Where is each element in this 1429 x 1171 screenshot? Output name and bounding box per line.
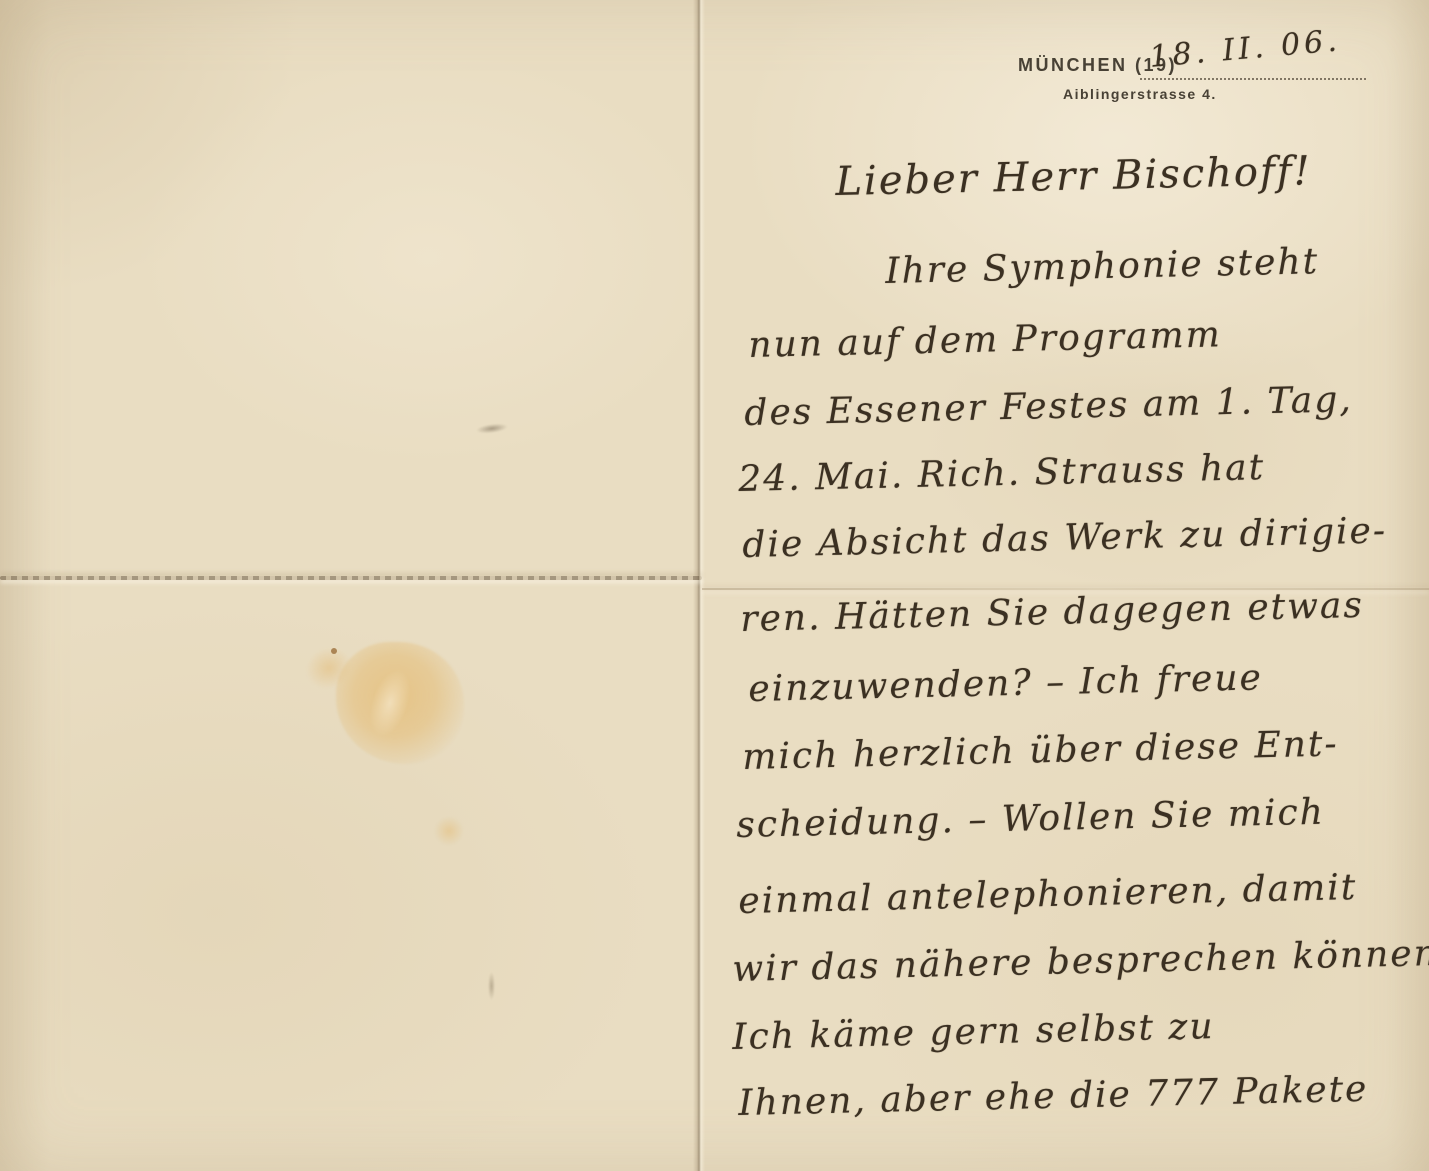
- paper-speck-smudge: [476, 422, 509, 435]
- vertical-fold-crease: [693, 0, 705, 1171]
- body-line-6: ren. Hätten Sie dagegen etwas: [740, 588, 1364, 638]
- letter-scan: MÜNCHEN (19) Aiblingerstrasse 4. 18. II.…: [0, 0, 1429, 1171]
- body-line-7: einzuwenden? – Ich freue: [748, 660, 1263, 708]
- body-line-13: Ihnen, aber ehe die 777 Pakete: [738, 1072, 1369, 1122]
- body-line-5: die Absicht das Werk zu dirigie-: [742, 513, 1387, 564]
- body-line-10: einmal antelephonieren, damit: [738, 870, 1358, 920]
- body-line-2: nun auf dem Programm: [748, 317, 1222, 364]
- horizontal-fold-crease-left: [0, 576, 702, 580]
- body-line-12: Ich käme gern selbst zu: [732, 1009, 1215, 1056]
- body-line-8: mich herzlich über diese Ent-: [742, 726, 1339, 776]
- body-line-11: wir das nähere besprechen können: [732, 936, 1429, 988]
- body-line-9: scheidung. – Wollen Sie mich: [736, 795, 1325, 844]
- body-line-1: Ihre Symphonie steht: [885, 244, 1319, 290]
- paper-speck-mark: [488, 972, 495, 1000]
- body-line-3: des Essener Festes am 1. Tag,: [744, 382, 1353, 432]
- salutation-line: Lieber Herr Bischoff!: [835, 151, 1312, 202]
- body-line-4: 24. Mai. Rich. Strauss hat: [738, 450, 1265, 498]
- letterhead-street: Aiblingerstrasse 4.: [1063, 86, 1217, 102]
- stain-small-spot: [434, 816, 464, 846]
- stain-dark-dot: [331, 648, 337, 654]
